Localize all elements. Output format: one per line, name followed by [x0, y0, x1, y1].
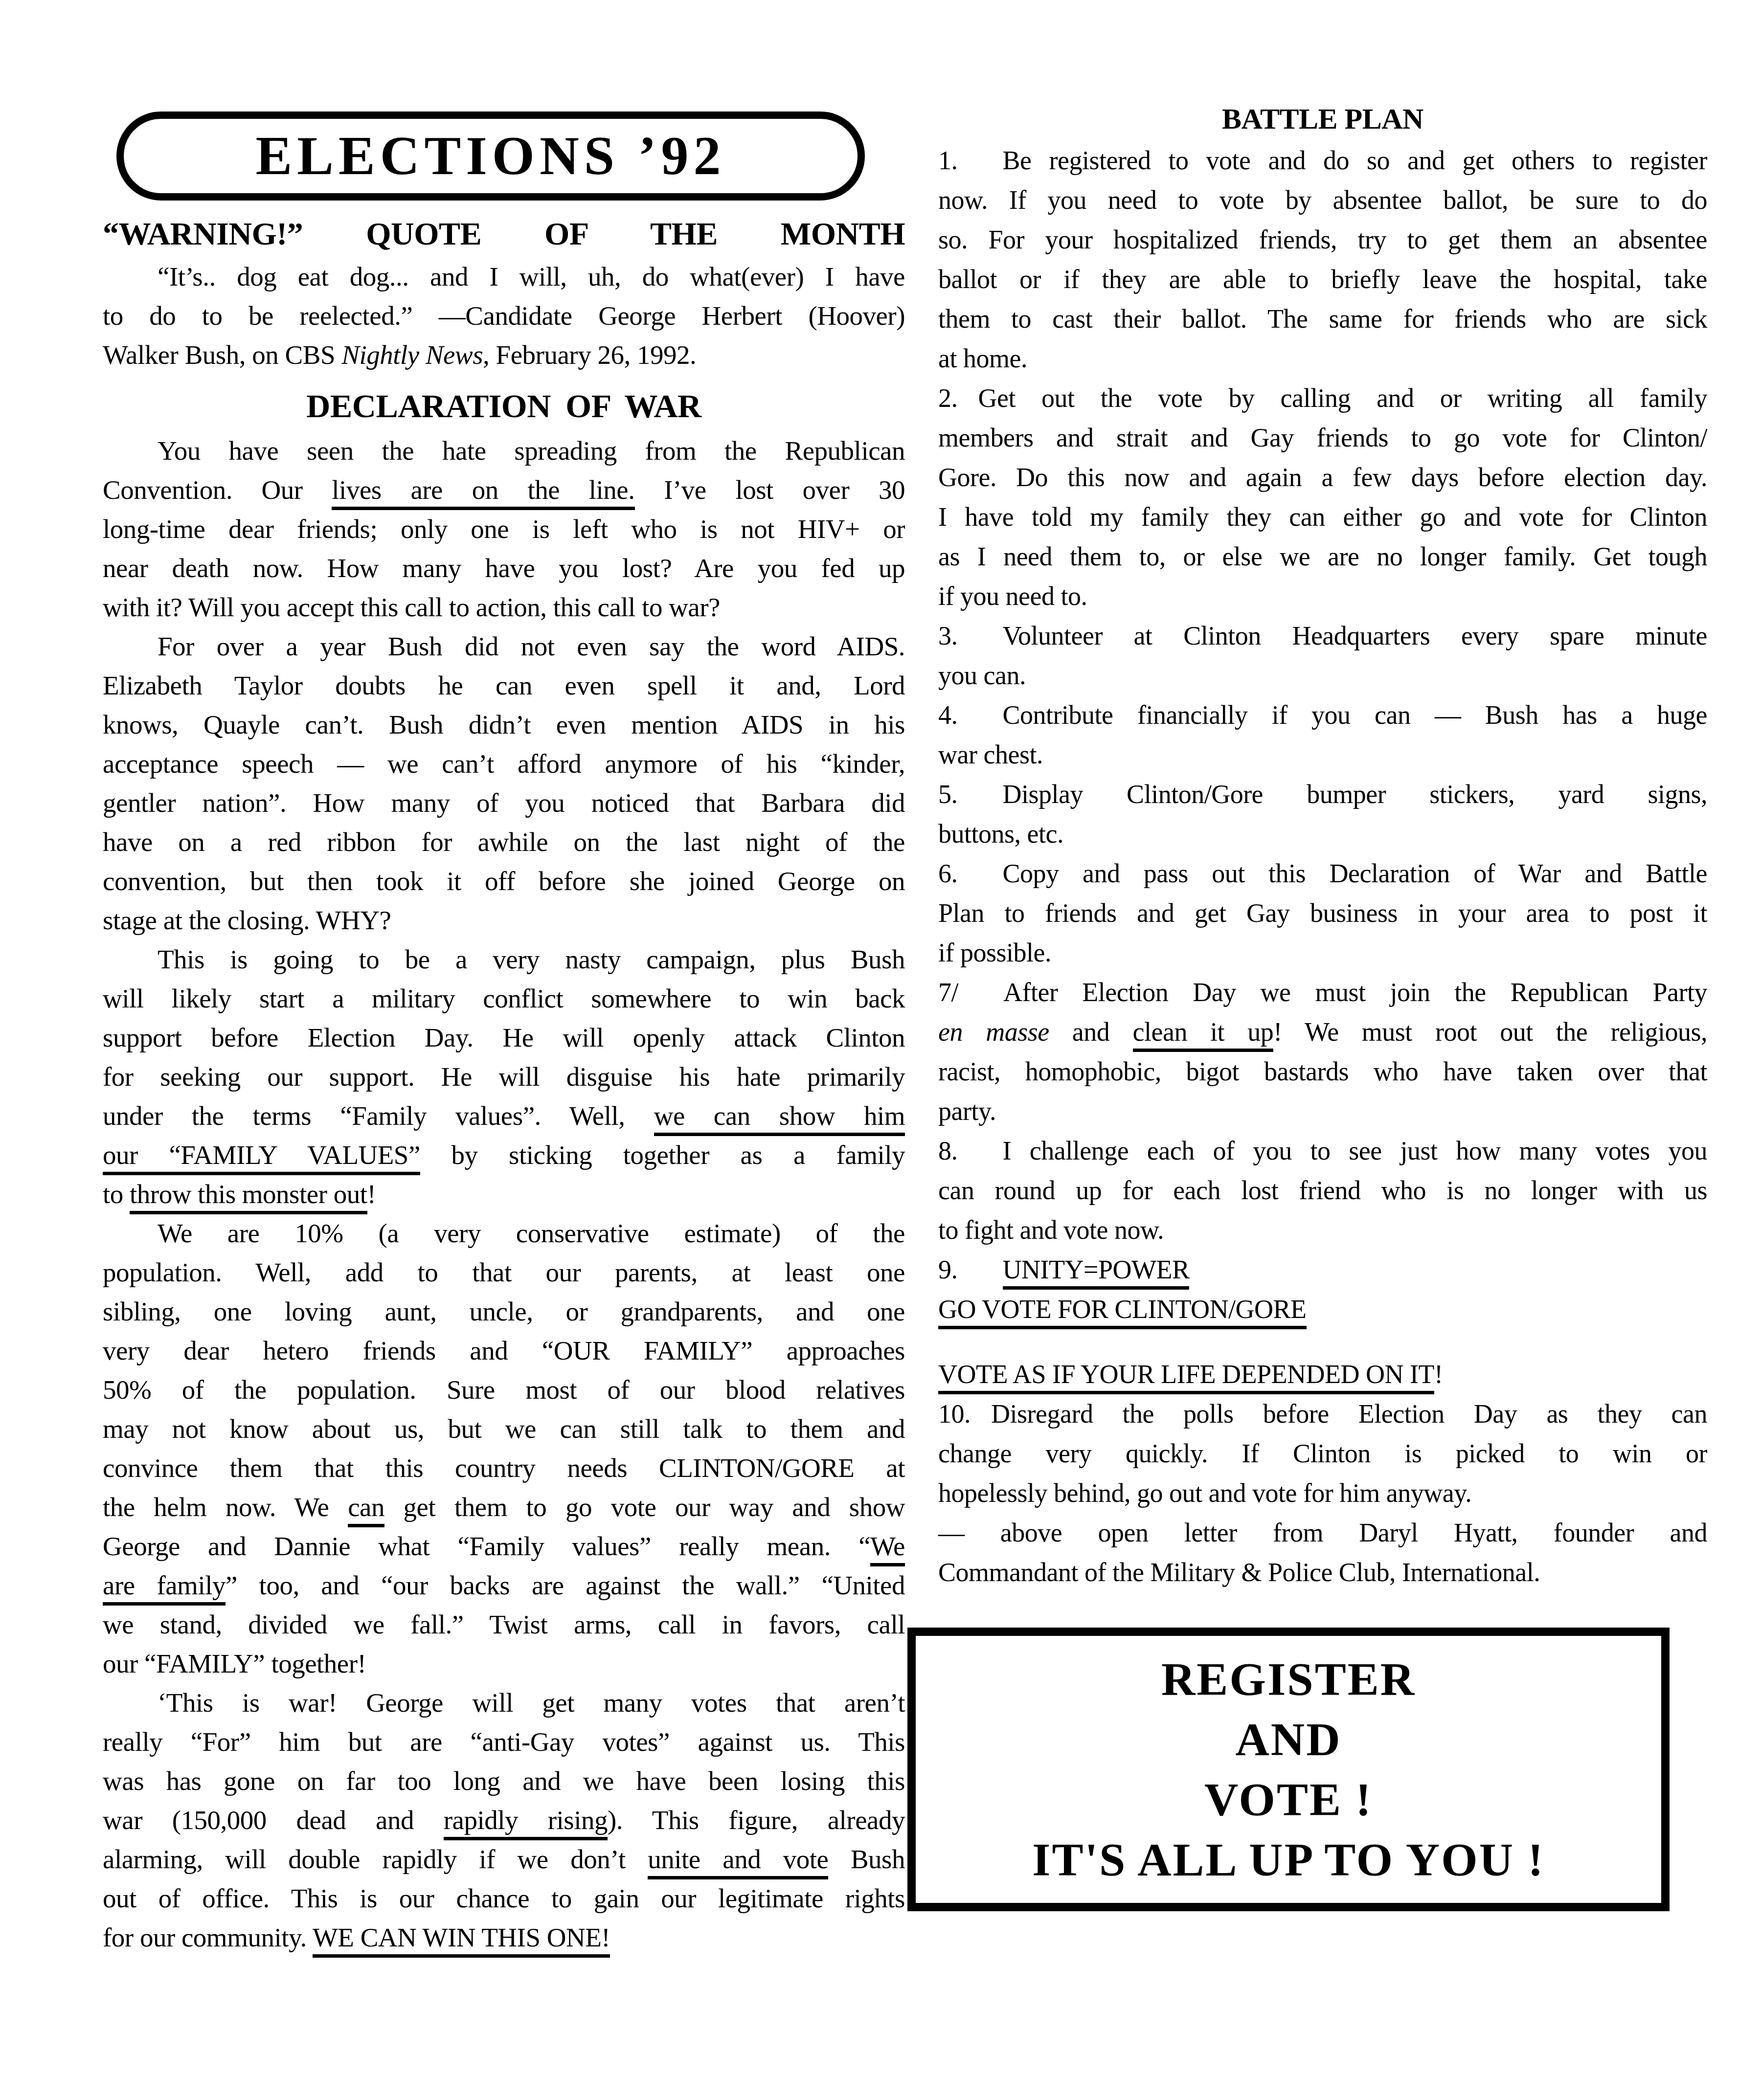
text-segment: under the terms “Family values”. Well,	[103, 1101, 654, 1131]
text-segment: alarming, will double rapidly if we don’…	[103, 1844, 648, 1874]
text-segment: Elizabeth Taylor doubts he can even spel…	[103, 670, 905, 700]
text-segment: hopelessly behind, go out and vote for h…	[938, 1478, 1471, 1508]
text-segment: the helm now. We	[103, 1492, 348, 1522]
text-segment: get them to go vote our way and show	[384, 1492, 905, 1522]
text-line: acceptance speech — we can’t afford anym…	[103, 744, 905, 783]
text-segment: stage at the closing. WHY?	[103, 905, 391, 935]
item-number: 1.	[938, 141, 1003, 180]
text-line: “It’s.. dog eat dog... and I will, uh, d…	[103, 257, 905, 296]
text-line: out of office. This is our chance to gai…	[103, 1879, 905, 1918]
text-segment: sibling, one loving aunt, uncle, or gran…	[103, 1296, 905, 1326]
text-line: 4.Contribute financially if you can — Bu…	[938, 695, 1707, 735]
text-segment: Get out the vote by calling and or writi…	[978, 383, 1708, 413]
text-line: at home.	[938, 339, 1707, 379]
text-segment: can round up for each lost friend who is…	[938, 1176, 1707, 1205]
text-line: war chest.	[938, 735, 1707, 775]
text-segment: Bush	[828, 1844, 905, 1874]
text-segment: we can show him	[654, 1101, 905, 1136]
text-segment: We are 10% (a very conservative estimate…	[158, 1218, 905, 1248]
left-column: ELECTIONS ’92 “WARNING!” QUOTE OF THE MO…	[103, 104, 905, 1957]
text-segment: For over a year Bush did not even say th…	[158, 631, 905, 661]
text-line: 2.Get out the vote by calling and or wri…	[938, 379, 1707, 418]
text-segment: en masse	[938, 1017, 1049, 1047]
text-line: I have told my family they can either go…	[938, 497, 1707, 537]
text-segment: near death now. How many have you lost? …	[103, 553, 905, 583]
text-line: This is going to be a very nasty campaig…	[103, 940, 905, 979]
text-line: long-time dear friends; only one is left…	[103, 510, 905, 549]
text-line: the helm now. We can get them to go vote…	[103, 1488, 905, 1527]
text-line: Gore. Do this now and again a few days b…	[938, 458, 1707, 497]
text-line: For over a year Bush did not even say th…	[103, 627, 905, 666]
text-line: if you need to.	[938, 577, 1707, 616]
text-line: 7/After Election Day we must join the Re…	[938, 973, 1707, 1012]
text-segment: Disregard the polls before Election Day …	[991, 1399, 1707, 1429]
text-segment: was has gone on far too long and we have…	[103, 1766, 905, 1796]
text-line: 5.Display Clinton/Gore bumper stickers, …	[938, 775, 1707, 814]
masthead-title: ELECTIONS ’92	[256, 125, 726, 188]
text-segment: — above open letter from Daryl Hyatt, fo…	[938, 1518, 1707, 1547]
text-segment: really “For” him but are “anti-Gay votes…	[103, 1727, 905, 1757]
text-line: have on a red ribbon for awhile on the l…	[103, 823, 905, 862]
text-segment: you can.	[938, 661, 1026, 690]
text-line: Plan to friends and get Gay business in …	[938, 894, 1707, 933]
text-segment: to fight and vote now.	[938, 1215, 1164, 1245]
text-line: population. Well, add to that our parent…	[103, 1253, 905, 1292]
text-line: sibling, one loving aunt, uncle, or gran…	[103, 1292, 905, 1331]
text-segment: now. If you need to vote by absentee bal…	[938, 185, 1707, 215]
text-segment: buttons, etc.	[938, 819, 1063, 849]
text-segment: Contribute financially if you can — Bush…	[1003, 700, 1708, 730]
warning-quote-heading: “WARNING!” QUOTE OF THE MONTH	[103, 214, 905, 254]
text-segment: out of office. This is our chance to gai…	[103, 1883, 905, 1913]
text-segment: Gore. Do this now and again a few days b…	[938, 463, 1707, 492]
text-line: with it? Will you accept this call to ac…	[103, 588, 905, 627]
text-line: Convention. Our lives are on the line. I…	[103, 470, 905, 510]
text-segment: with it? Will you accept this call to ac…	[103, 592, 720, 622]
text-segment: ballot or if they are able to briefly le…	[938, 265, 1707, 294]
text-line: to throw this monster out!	[103, 1175, 905, 1214]
register-box-line: VOTE !	[1204, 1769, 1373, 1830]
text-line: Elizabeth Taylor doubts he can even spel…	[103, 666, 905, 705]
text-segment: Display Clinton/Gore bumper stickers, ya…	[1003, 780, 1708, 809]
text-segment: !	[1434, 1360, 1443, 1389]
text-segment: racist, homophobic, bigot bastards who h…	[938, 1057, 1707, 1086]
text-segment: You have seen the hate spreading from th…	[158, 436, 905, 466]
text-segment: at home.	[938, 344, 1027, 373]
text-segment: have on a red ribbon for awhile on the l…	[103, 827, 905, 857]
text-segment: party.	[938, 1096, 996, 1126]
text-line: to fight and vote now.	[938, 1210, 1707, 1250]
text-line: war (150,000 dead and rapidly rising). T…	[103, 1801, 905, 1840]
text-segment: Plan to friends and get Gay business in …	[938, 898, 1707, 928]
text-line: now. If you need to vote by absentee bal…	[938, 180, 1707, 220]
text-line: if possible.	[938, 933, 1707, 973]
text-segment: This is going to be a very nasty campaig…	[158, 944, 905, 974]
text-segment: to	[103, 1179, 130, 1209]
text-segment: unite and vote	[648, 1844, 828, 1879]
text-segment: if possible.	[938, 938, 1051, 967]
register-and-vote-box: REGISTER AND VOTE ! IT'S ALL UP TO YOU !	[907, 1628, 1670, 1911]
text-segment: if you need to.	[938, 581, 1087, 611]
item-number: 3.	[938, 616, 1003, 656]
text-segment: will likely start a military conflict so…	[103, 983, 905, 1013]
text-segment: !	[367, 1179, 376, 1209]
text-line: very dear hetero friends and “OUR FAMILY…	[103, 1331, 905, 1370]
quote-of-the-month: “It’s.. dog eat dog... and I will, uh, d…	[103, 257, 905, 375]
text-segment: are family	[103, 1570, 226, 1606]
text-segment: VOTE AS IF YOUR LIFE DEPENDED ON IT	[938, 1360, 1434, 1394]
text-segment: for our community.	[103, 1922, 313, 1952]
text-segment: change very quickly. If Clinton is picke…	[938, 1439, 1707, 1468]
item-number: 7/	[938, 973, 1003, 1012]
text-segment: clean it up	[1133, 1017, 1274, 1052]
register-box-line: AND	[1236, 1709, 1342, 1769]
text-segment: our “FAMILY” together!	[103, 1649, 366, 1678]
text-line: under the terms “Family values”. Well, w…	[103, 1096, 905, 1136]
text-segment: UNITY=POWER	[1003, 1255, 1190, 1290]
text-segment: population. Well, add to that our parent…	[103, 1257, 905, 1287]
text-segment: Commandant of the Military & Police Club…	[938, 1558, 1540, 1587]
text-segment: GO VOTE FOR CLINTON/GORE	[938, 1295, 1307, 1329]
text-segment: war chest.	[938, 740, 1043, 769]
text-line: we stand, divided we fall.” Twist arms, …	[103, 1605, 905, 1644]
text-segment: our “FAMILY VALUES”	[103, 1140, 420, 1175]
text-segment: lives are on the line.	[332, 475, 634, 510]
text-segment: to do to be reelected.” —Candidate Georg…	[103, 301, 905, 331]
item-number: 6.	[938, 854, 1003, 894]
text-line: ballot or if they are able to briefly le…	[938, 260, 1707, 299]
text-segment: Be registered to vote and do so and get …	[1003, 146, 1708, 175]
text-segment: convention, but then took it off before …	[103, 866, 905, 896]
text-segment: 50% of the population. Sure most of our …	[103, 1375, 905, 1405]
text-line: gentler nation”. How many of you noticed…	[103, 783, 905, 823]
battle-plan-heading: BATTLE PLAN	[938, 102, 1707, 136]
text-segment: throw this monster out	[130, 1179, 367, 1214]
item-number: 8.	[938, 1131, 1003, 1171]
text-line: support before Election Day. He will ope…	[103, 1018, 905, 1057]
text-segment: can	[348, 1492, 384, 1527]
register-box-line: REGISTER	[1161, 1649, 1416, 1709]
text-line: them to cast their ballot. The same for …	[938, 299, 1707, 339]
text-line: stage at the closing. WHY?	[103, 901, 905, 940]
text-segment: convince them that this country needs CL…	[103, 1453, 905, 1483]
item-number: 2.	[938, 379, 978, 418]
text-segment: for seeking our support. He will disguis…	[103, 1062, 905, 1092]
text-line: was has gone on far too long and we have…	[103, 1762, 905, 1801]
battle-plan-body: 1.Be registered to vote and do so and ge…	[938, 141, 1707, 1592]
text-segment: support before Election Day. He will ope…	[103, 1023, 905, 1052]
text-line: you can.	[938, 656, 1707, 695]
text-line: to do to be reelected.” —Candidate Georg…	[103, 296, 905, 335]
text-line: convince them that this country needs CL…	[103, 1449, 905, 1488]
text-line: — above open letter from Daryl Hyatt, fo…	[938, 1513, 1707, 1553]
text-line: 50% of the population. Sure most of our …	[103, 1370, 905, 1409]
text-line: will likely start a military conflict so…	[103, 979, 905, 1018]
text-line: GO VOTE FOR CLINTON/GORE	[938, 1290, 1707, 1329]
register-box-line: IT'S ALL UP TO YOU !	[1032, 1830, 1545, 1890]
text-line: for seeking our support. He will disguis…	[103, 1057, 905, 1096]
text-segment: them to cast their ballot. The same for …	[938, 304, 1707, 334]
text-segment: so. For your hospitalized friends, try t…	[938, 225, 1707, 254]
text-line: alarming, will double rapidly if we don’…	[103, 1840, 905, 1879]
column-spacer	[938, 1329, 1707, 1355]
text-line: really “For” him but are “anti-Gay votes…	[103, 1722, 905, 1762]
item-number: 4.	[938, 695, 1003, 735]
text-segment: may not know about us, but we can still …	[103, 1414, 905, 1444]
text-line: racist, homophobic, bigot bastards who h…	[938, 1052, 1707, 1092]
text-line: for our community. WE CAN WIN THIS ONE!	[103, 1918, 905, 1957]
text-segment: members and strait and Gay friends to go…	[938, 423, 1707, 452]
text-line: party.	[938, 1092, 1707, 1131]
text-line: as I need them to, or else we are no lon…	[938, 537, 1707, 577]
text-segment: very dear hetero friends and “OUR FAMILY…	[103, 1336, 905, 1365]
text-segment: We	[870, 1531, 905, 1566]
text-segment: I have told my family they can either go…	[938, 502, 1707, 532]
text-segment: Copy and pass out this Declaration of Wa…	[1003, 859, 1708, 888]
text-line: near death now. How many have you lost? …	[103, 549, 905, 588]
text-segment: WE CAN WIN THIS ONE!	[313, 1922, 610, 1958]
text-segment: we stand, divided we fall.” Twist arms, …	[103, 1609, 905, 1639]
text-line: hopelessly behind, go out and vote for h…	[938, 1474, 1707, 1513]
text-line: our “FAMILY VALUES” by sticking together…	[103, 1136, 905, 1175]
text-line: our “FAMILY” together!	[103, 1644, 905, 1683]
text-segment: war (150,000 dead and	[103, 1805, 444, 1835]
text-segment: knows, Quayle can’t. Bush didn’t even me…	[103, 710, 905, 739]
item-number: 9.	[938, 1250, 1003, 1290]
item-number: 10.	[938, 1394, 991, 1434]
text-segment: ‘This is war! George will get many votes…	[158, 1688, 905, 1718]
text-segment: long-time dear friends; only one is left…	[103, 514, 905, 544]
text-line: 1.Be registered to vote and do so and ge…	[938, 141, 1707, 180]
right-column: BATTLE PLAN 1.Be registered to vote and …	[938, 102, 1707, 1592]
text-segment: After Election Day we must join the Repu…	[1003, 978, 1707, 1007]
text-segment: as I need them to, or else we are no lon…	[938, 542, 1707, 571]
text-segment: rapidly rising	[444, 1805, 608, 1840]
text-line: 9.UNITY=POWER	[938, 1250, 1707, 1290]
text-line: George and Dannie what “Family values” r…	[103, 1527, 905, 1566]
text-segment: I’ve lost over 30	[635, 475, 905, 505]
text-line: are family” too, and “our backs are agai…	[103, 1566, 905, 1605]
text-segment: and	[1049, 1017, 1133, 1047]
masthead-oval: ELECTIONS ’92	[116, 112, 865, 201]
text-segment: , February 26, 1992.	[483, 340, 696, 370]
text-line: change very quickly. If Clinton is picke…	[938, 1434, 1707, 1474]
text-line: VOTE AS IF YOUR LIFE DEPENDED ON IT!	[938, 1355, 1707, 1394]
text-segment: “It’s.. dog eat dog... and I will, uh, d…	[158, 262, 905, 291]
text-segment: George and Dannie what “Family values” r…	[103, 1531, 870, 1561]
text-segment: by sticking together as a family	[420, 1140, 905, 1170]
text-line: 10.Disregard the polls before Election D…	[938, 1394, 1707, 1434]
item-number: 5.	[938, 775, 1003, 814]
text-segment: Convention. Our	[103, 475, 332, 505]
text-line: 6.Copy and pass out this Declaration of …	[938, 854, 1707, 894]
text-line: may not know about us, but we can still …	[103, 1409, 905, 1449]
text-segment: Walker Bush, on CBS	[103, 340, 341, 370]
text-line: You have seen the hate spreading from th…	[103, 431, 905, 470]
text-segment: ” too, and “our backs are against the wa…	[226, 1570, 905, 1600]
text-segment: Volunteer at Clinton Headquarters every …	[1003, 621, 1708, 650]
text-segment: I challenge each of you to see just how …	[1003, 1136, 1708, 1165]
text-line: knows, Quayle can’t. Bush didn’t even me…	[103, 705, 905, 744]
text-line: en masse and clean it up! We must root o…	[938, 1012, 1707, 1052]
text-line: convention, but then took it off before …	[103, 862, 905, 901]
declaration-of-war-heading: DECLARATION OF WAR	[103, 385, 905, 426]
text-line: Commandant of the Military & Police Club…	[938, 1553, 1707, 1592]
text-line: can round up for each lost friend who is…	[938, 1171, 1707, 1210]
declaration-of-war-body: You have seen the hate spreading from th…	[103, 431, 905, 1957]
text-line: ‘This is war! George will get many votes…	[103, 1683, 905, 1722]
text-line: members and strait and Gay friends to go…	[938, 418, 1707, 458]
text-line: buttons, etc.	[938, 814, 1707, 854]
text-line: Walker Bush, on CBS Nightly News, Februa…	[103, 335, 905, 375]
text-segment: gentler nation”. How many of you noticed…	[103, 788, 905, 818]
text-segment: acceptance speech — we can’t afford anym…	[103, 749, 905, 779]
text-line: so. For your hospitalized friends, try t…	[938, 220, 1707, 260]
text-segment: ). This figure, already	[608, 1805, 905, 1835]
text-line: 3.Volunteer at Clinton Headquarters ever…	[938, 616, 1707, 656]
text-segment: ! We must root out the religious,	[1273, 1017, 1707, 1047]
text-line: 8.I challenge each of you to see just ho…	[938, 1131, 1707, 1171]
text-line: We are 10% (a very conservative estimate…	[103, 1214, 905, 1253]
text-segment: Nightly News	[341, 340, 483, 370]
newsletter-page: ELECTIONS ’92 “WARNING!” QUOTE OF THE MO…	[0, 0, 1739, 2100]
